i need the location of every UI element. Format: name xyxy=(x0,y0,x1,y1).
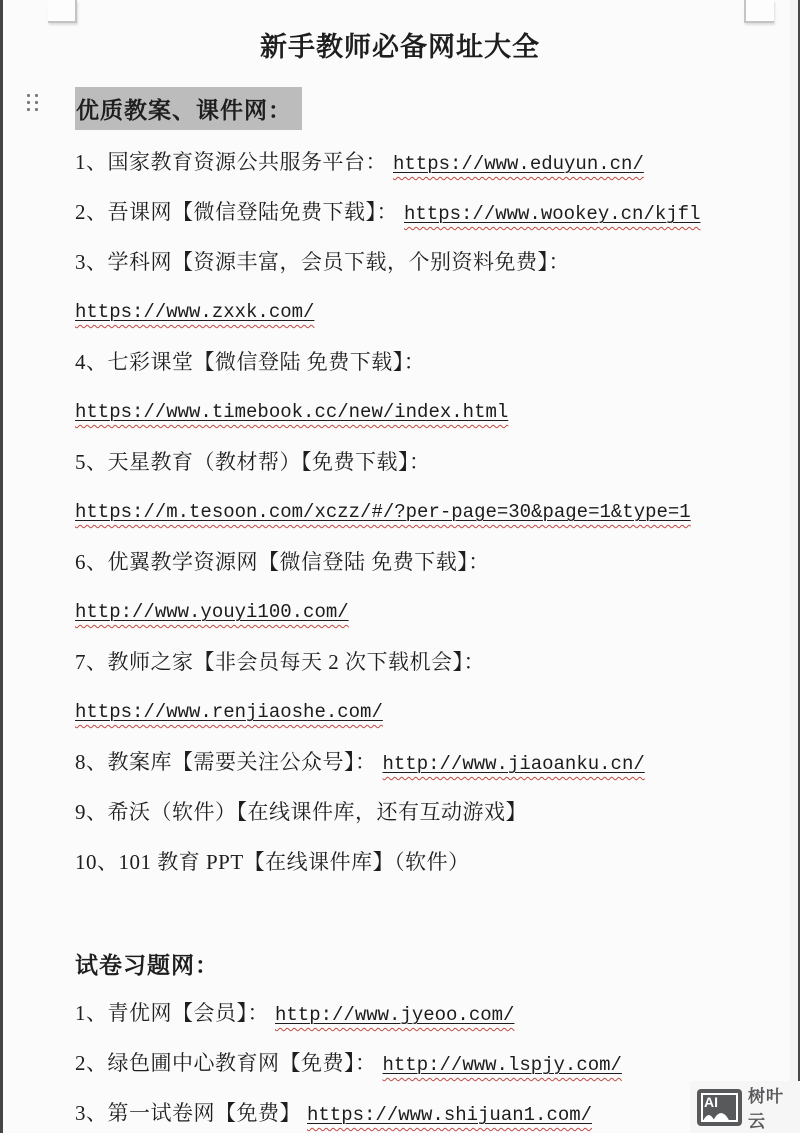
list-item: 1、国家教育资源公共服务平台：https://www.eduyun.cn/ xyxy=(75,137,740,187)
list-item-text: 4、七彩课堂【微信登陆 免费下载】： xyxy=(75,350,425,374)
list-item: 1、青优网【会员】：http://www.jyeoo.com/ xyxy=(75,988,740,1038)
url-link[interactable]: https://www.shijuan1.com/ xyxy=(307,1104,592,1126)
list-item-text: 2、吾课网【微信登陆免费下载】： xyxy=(75,200,398,224)
list-item: http://www.youyi100.com/ xyxy=(75,587,740,637)
list-item: 4、七彩课堂【微信登陆 免费下载】： xyxy=(75,337,740,387)
list-item: 8、教案库【需要关注公众号】：http://www.jiaoanku.cn/ xyxy=(75,737,740,787)
ai-image-icon: AI xyxy=(697,1089,742,1126)
url-underline: https://www.renjiaoshe.com/ xyxy=(75,704,383,721)
section-2-heading-row: 试卷习题网： xyxy=(75,947,740,980)
watermark: AI 树叶云 xyxy=(690,1081,800,1133)
list-item: https://m.tesoon.com/xczz/#/?per-page=30… xyxy=(75,487,740,537)
list-item-text: 2、绿色圃中心教育网【免费】： xyxy=(75,1051,377,1075)
url-link[interactable]: https://m.tesoon.com/xczz/#/?per-page=30… xyxy=(75,501,691,523)
url-link[interactable]: https://www.renjiaoshe.com/ xyxy=(75,701,383,723)
list-item-text: 3、学科网【资源丰富，会员下载，个别资料免费】： xyxy=(75,250,570,274)
list-item-text: 1、国家教育资源公共服务平台： xyxy=(75,150,387,174)
document-body: 优质教案、课件网： 1、国家教育资源公共服务平台：https://www.edu… xyxy=(0,87,800,1133)
url-link[interactable]: https://www.timebook.cc/new/index.html xyxy=(75,401,508,423)
url-underline: https://www.wookey.cn/kjfl xyxy=(404,206,700,223)
list-item-text: 7、教师之家【非会员每天 2 次下载机会】： xyxy=(75,650,485,674)
list-item-text: 1、青优网【会员】： xyxy=(75,1001,269,1025)
list-item-text: 6、优翼教学资源网【微信登陆 免费下载】： xyxy=(75,550,490,574)
url-underline: https://www.eduyun.cn/ xyxy=(393,156,644,173)
list-item: 5、天星教育（教材帮）【免费下载】： xyxy=(75,437,740,487)
list-item: https://www.renjiaoshe.com/ xyxy=(75,687,740,737)
list-item-text: 10、101 教育 PPT【在线课件库】（软件） xyxy=(75,850,470,874)
url-link[interactable]: http://www.jiaoanku.cn/ xyxy=(383,753,645,775)
url-underline: http://www.lspjy.com/ xyxy=(383,1057,622,1074)
section-1-heading: 优质教案、课件网： xyxy=(75,87,302,130)
drag-handle-icon[interactable] xyxy=(27,94,41,114)
section-2-list: 1、青优网【会员】：http://www.jyeoo.com/ 2、绿色圃中心教… xyxy=(75,988,740,1133)
section-2-heading: 试卷习题网： xyxy=(75,947,219,980)
url-link[interactable]: http://www.jyeoo.com/ xyxy=(275,1004,514,1026)
section-1-list: 1、国家教育资源公共服务平台：https://www.eduyun.cn/ 2、… xyxy=(75,137,740,887)
url-link[interactable]: https://www.zxxk.com/ xyxy=(75,301,314,323)
document-page: 新手教师必备网址大全 优质教案、课件网： 1、国家教育资源公共服务平台：http… xyxy=(0,0,800,1133)
left-edge-strip xyxy=(0,0,3,1133)
url-link[interactable]: http://www.lspjy.com/ xyxy=(383,1054,622,1076)
ai-image-icon-frame: AI xyxy=(701,1093,738,1122)
list-item: 9、希沃（软件）【在线课件库，还有互动游戏】 xyxy=(75,787,740,837)
ai-icon-label: AI xyxy=(704,1094,718,1110)
list-item-text: 9、希沃（软件）【在线课件库，还有互动游戏】 xyxy=(75,800,527,824)
list-item-text: 5、天星教育（教材帮）【免费下载】： xyxy=(75,450,431,474)
watermark-brand: 树叶云 xyxy=(748,1082,800,1132)
url-underline: http://www.jyeoo.com/ xyxy=(275,1007,514,1024)
right-edge-band xyxy=(790,0,798,1133)
page-title: 新手教师必备网址大全 xyxy=(0,0,800,64)
url-underline: https://www.zxxk.com/ xyxy=(75,304,314,321)
list-item: https://www.zxxk.com/ xyxy=(75,287,740,337)
list-item: 3、学科网【资源丰富，会员下载，个别资料免费】： xyxy=(75,237,740,287)
list-item: https://www.timebook.cc/new/index.html xyxy=(75,387,740,437)
list-item-text: 3、第一试卷网【免费】 xyxy=(75,1101,301,1125)
list-item: 2、绿色圃中心教育网【免费】：http://www.lspjy.com/ xyxy=(75,1038,740,1088)
url-underline: https://www.timebook.cc/new/index.html xyxy=(75,404,508,421)
url-link[interactable]: https://www.wookey.cn/kjfl xyxy=(404,203,700,225)
mountains-icon xyxy=(703,1109,736,1121)
url-link[interactable]: http://www.youyi100.com/ xyxy=(75,601,349,623)
page-margin-mark-top-left xyxy=(48,0,77,23)
url-underline: http://www.jiaoanku.cn/ xyxy=(383,756,645,773)
list-item: 3、第一试卷网【免费】https://www.shijuan1.com/ xyxy=(75,1088,740,1133)
list-item: 6、优翼教学资源网【微信登陆 免费下载】： xyxy=(75,537,740,587)
url-underline: https://www.shijuan1.com/ xyxy=(307,1107,592,1124)
url-underline: http://www.youyi100.com/ xyxy=(75,604,349,621)
list-item: 2、吾课网【微信登陆免费下载】：https://www.wookey.cn/kj… xyxy=(75,187,740,237)
list-item: 7、教师之家【非会员每天 2 次下载机会】： xyxy=(75,637,740,687)
url-underline: https://m.tesoon.com/xczz/#/?per-page=30… xyxy=(75,504,691,521)
section-1-heading-row: 优质教案、课件网： xyxy=(75,87,740,130)
page-margin-mark-top-right xyxy=(744,0,774,23)
list-item: 10、101 教育 PPT【在线课件库】（软件） xyxy=(75,837,740,887)
list-item-text: 8、教案库【需要关注公众号】： xyxy=(75,750,377,774)
url-link[interactable]: https://www.eduyun.cn/ xyxy=(393,153,644,175)
